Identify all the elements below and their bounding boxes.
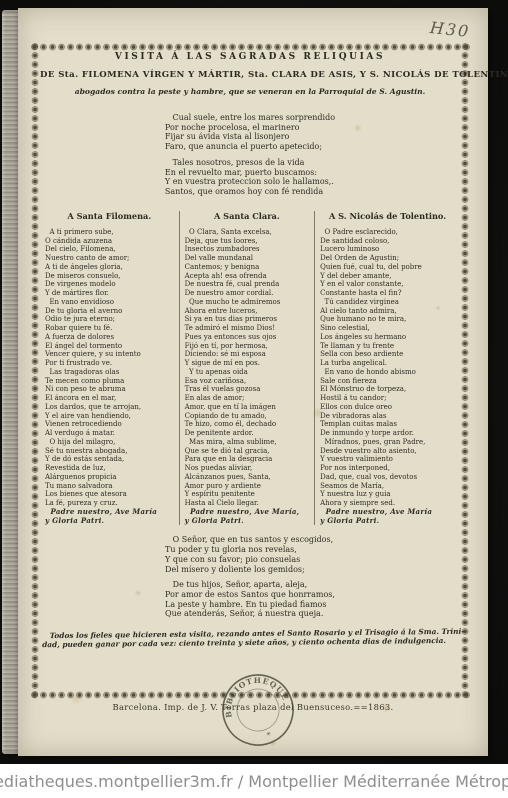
text-line: Mas mira, alma sublime,	[185, 438, 310, 447]
column-heading: A Santa Clara.	[185, 211, 310, 221]
text-line: Del Orden de Agustin;	[320, 254, 455, 263]
text-line: Por nos interponed,	[320, 464, 455, 473]
text-line: Te admiró el mismo Dios!	[185, 324, 310, 333]
column-verse-lines: O Padre esclarecido,De santidad coloso,L…	[320, 228, 455, 508]
text-line: Cual suele, entre los mares sorprendido	[165, 113, 335, 123]
column-santa-filomena: A Santa Filomena. A ti primero sube,O cá…	[40, 211, 179, 526]
text-line: Revestida de luz,	[45, 464, 174, 473]
text-line: En vano envidioso	[45, 298, 174, 307]
text-line: Te mecen como pluma	[45, 377, 174, 386]
text-line: y Gloria Patri.	[185, 517, 310, 526]
watermark-bar: -mediatheques.montpellier3m.fr / Montpel…	[0, 764, 508, 798]
intro-stanza-2: Tales nosotros, presos de la vidaEn el r…	[165, 158, 335, 197]
text-line: En alas de amor;	[185, 394, 310, 403]
text-line: Sale con fiereza	[320, 377, 455, 386]
text-line: Desde vuestro alto asiento,	[320, 447, 455, 456]
text-line: El áncora en el mar,	[45, 394, 174, 403]
printed-content: VISITA Á LAS SAGRADAS RELIQUIAS DE Sta. …	[40, 52, 460, 647]
text-line: Constante hasta el fin?	[320, 289, 455, 298]
column-heading: A Santa Filomena.	[45, 211, 174, 221]
text-line: Quien fué, cual tu, del pobre	[320, 263, 455, 272]
text-line: Alárguenos propicia	[45, 473, 174, 482]
text-line: Para que en la desgracia	[185, 455, 310, 464]
text-line: Vienen retrocediendo	[45, 420, 174, 429]
text-line: En el revuelto mar, puerto buscamos:	[165, 168, 335, 178]
text-line: Y de mártires flor.	[45, 289, 174, 298]
text-line: De vibradoras alas	[320, 412, 455, 421]
stamp-star-icon: *	[266, 730, 273, 740]
indulgence-note: Todos los fieles que hicieren esta visit…	[42, 627, 458, 649]
text-line: Sella con beso ardiente	[320, 350, 455, 359]
text-line: y Gloria Patri.	[320, 517, 455, 526]
text-line: Acepta ah! esa ofrenda	[185, 272, 310, 281]
watermark-text: -mediatheques.montpellier3m.fr / Montpel…	[0, 772, 508, 791]
text-line: Ahora entre luceros,	[185, 307, 310, 316]
text-line: Alcánzanos pues, Santa,	[185, 473, 310, 482]
text-line: Amor, que en tí la imágen	[185, 403, 310, 412]
text-line: La turba angelical.	[320, 359, 455, 368]
text-line: Deja, que tus loores,	[185, 237, 310, 246]
text-line: Y nuestra luz y guia	[320, 490, 455, 499]
text-line: Del cielo, Filomena,	[45, 245, 174, 254]
text-line: Esa voz cariñosa,	[185, 377, 310, 386]
text-line: Por amor de estos Santos que honrramos,	[165, 590, 335, 600]
text-line: O Padre esclarecido,	[320, 228, 455, 237]
text-line: A fuerza de dolores	[45, 333, 174, 342]
text-line: De virgenes modelo	[45, 280, 174, 289]
text-line: Nos puedas aliviar,	[185, 464, 310, 473]
text-line: O Clara, Santa excelsa,	[185, 228, 310, 237]
text-line: O hija del milagro,	[45, 438, 174, 447]
text-line: Y tu apenas oida	[185, 368, 310, 377]
text-line: Y en vuestra proteccion solo le hallamos…	[165, 177, 335, 187]
text-line: De inmundo y torpe ardor.	[320, 429, 455, 438]
text-line: Ellos con dulce oreo	[320, 403, 455, 412]
text-line: Y vuestro valimiento	[320, 455, 455, 464]
text-line: Robar quiere tu fé.	[45, 324, 174, 333]
text-line: Y de dó estás sentada,	[45, 455, 174, 464]
text-line: De tu gloria el averno	[45, 307, 174, 316]
text-line: Sé tu nuestra abogada,	[45, 447, 174, 456]
text-line: Ni con peso te abruma	[45, 385, 174, 394]
text-line: Nuestro canto de amor;	[45, 254, 174, 263]
text-line: Faro, que anuncia el puerto apetecido;	[165, 142, 335, 152]
text-line: Dad, que, cual vos, devotos	[320, 473, 455, 482]
text-line: Vencer quiere, y su intento	[45, 350, 174, 359]
document-page: H30 VISITA Á LAS SAGRADAS RELIQUIAS DE S…	[18, 8, 488, 756]
text-line: y Gloria Patri.	[45, 517, 174, 526]
page-title: VISITA Á LAS SAGRADAS RELIQUIAS	[40, 52, 460, 62]
text-line: La peste y hambre. En tu piedad fiamos	[165, 600, 335, 610]
text-line: Y del deber amante,	[320, 272, 455, 281]
text-line: Y que con su favor; pio consuelas	[165, 555, 335, 565]
ornament-border-top	[30, 42, 470, 52]
intro-stanzas: Cual suele, entre los mares sorprendidoP…	[165, 107, 335, 197]
column-santa-clara: A Santa Clara. O Clara, Santa excelsa,De…	[179, 211, 316, 526]
text-line: O Señor, que en tus santos y escogidos,	[165, 535, 335, 545]
text-line: Te llaman y tu frente	[320, 342, 455, 351]
text-line: Seamos de María,	[320, 482, 455, 491]
text-line: Del mísero y doliente los gemidos;	[165, 565, 335, 575]
text-line: El Mónstruo de torpeza,	[320, 385, 455, 394]
text-line: Tu mano salvadora	[45, 482, 174, 491]
text-line: Los dardos, que te arrojan,	[45, 403, 174, 412]
text-line: Amor puro y ardiente	[185, 482, 310, 491]
text-line: Tras él vuelas gozosa	[185, 385, 310, 394]
text-line: Al verdugo á matar.	[45, 429, 174, 438]
text-line: A ti de ángeles gloria,	[45, 263, 174, 272]
text-line: Míradnos, pues, gran Padre,	[320, 438, 455, 447]
text-line: Que se te dió tal gracia,	[185, 447, 310, 456]
text-line: Al cielo tanto admira,	[320, 307, 455, 316]
text-line: Tú candidez virginea	[320, 298, 455, 307]
column-prayer-lines: Padre nuestro, Ave María,y Gloria Patri.	[185, 508, 310, 526]
ornament-border-right	[460, 42, 470, 700]
text-line: Sino celestial,	[320, 324, 455, 333]
text-line: Y en el valor constante,	[320, 280, 455, 289]
text-line: Por noche procelosa, el marinero	[165, 123, 335, 133]
text-line: Pues ya entonces sus ojos	[185, 333, 310, 342]
text-line: Y espíritu penitente	[185, 490, 310, 499]
text-line: Cantemos; y benigna	[185, 263, 310, 272]
column-heading: A S. Nicolás de Tolentino.	[320, 211, 455, 221]
text-line: Tu poder y tu gloria nos revelas,	[165, 545, 335, 555]
text-line: Y el aire van hendiendo,	[45, 412, 174, 421]
text-line: Lucero luminoso	[320, 245, 455, 254]
text-line: Te hizo, como él, dechado	[185, 420, 310, 429]
intro-stanza-1: Cual suele, entre los mares sorprendidoP…	[165, 113, 335, 152]
text-line: A ti primero sube,	[45, 228, 174, 237]
text-line: De miseros consuelo,	[45, 272, 174, 281]
text-line: O cándida azuzena	[45, 237, 174, 246]
text-line: Que atenderás, Señor, á nuestra queja.	[165, 609, 335, 619]
text-line: Diciendo: sé mi esposa	[185, 350, 310, 359]
poem-columns: A Santa Filomena. A ti primero sube,O cá…	[40, 211, 460, 526]
text-line: Copiando de tu amado,	[185, 412, 310, 421]
text-line: El ángel del tormento	[45, 342, 174, 351]
text-line: Tales nosotros, presos de la vida	[165, 158, 335, 168]
text-line: Insectos zumbadores	[185, 245, 310, 254]
text-line: Fijar su ávida vista al lisonjero	[165, 132, 335, 142]
text-line: De tus hijos, Señor, aparta, aleja,	[165, 580, 335, 590]
text-line: Los bienes que atesora	[45, 490, 174, 499]
text-line: Y sigue de mí en pos.	[185, 359, 310, 368]
text-line: Que humano no te mira,	[320, 315, 455, 324]
text-line: De nuestra fé, cual prenda	[185, 280, 310, 289]
closing-stanza-1: O Señor, que en tus santos y escogidos,T…	[165, 535, 335, 574]
column-prayer-lines: Padre nuestro, Ave Maríay Gloria Patri.	[320, 508, 455, 526]
text-line: Templan cuitas malas	[320, 420, 455, 429]
text-line: De penitente ardor.	[185, 429, 310, 438]
text-line: Fijó en tí, por hermosa,	[185, 342, 310, 351]
scan-dark-background: H30 VISITA Á LAS SAGRADAS RELIQUIAS DE S…	[0, 0, 508, 764]
ornament-border-left	[30, 42, 40, 700]
text-line: Los ángeles su hermano	[320, 333, 455, 342]
text-line: Odio te jura eterno;	[45, 315, 174, 324]
text-line: Si ya en tus dias primeros	[185, 315, 310, 324]
text-line: En vano de hondo abismo	[320, 368, 455, 377]
text-line: Santos, que oramos hoy con fé rendida	[165, 187, 335, 197]
text-line: De santidad coloso,	[320, 237, 455, 246]
text-line: Hostil á tu candor;	[320, 394, 455, 403]
page-subtitle: DE Sta. FILOMENA VÍRGEN Y MÁRTIR, Sta. C…	[40, 70, 460, 80]
text-line: Que mucho te admiremos	[185, 298, 310, 307]
closing-stanza-2: De tus hijos, Señor, aparta, aleja,Por a…	[165, 580, 335, 619]
column-prayer-lines: Padre nuestro, Ave Maríay Gloria Patri.	[45, 508, 174, 526]
column-san-nicolas: A S. Nicolás de Tolentino. O Padre escla…	[315, 211, 460, 526]
text-line: De nuestro amor cordial.	[185, 289, 310, 298]
text-line: Por ti frustrado ve.	[45, 359, 174, 368]
column-verse-lines: A ti primero sube,O cándida azuzenaDel c…	[45, 228, 174, 508]
column-verse-lines: O Clara, Santa excelsa,Deja, que tus loo…	[185, 228, 310, 508]
text-line: Las tragadoras olas	[45, 368, 174, 377]
dedication-line: abogados contra la peste y hambre, que s…	[40, 87, 460, 96]
text-line: Del valle mundanal	[185, 254, 310, 263]
closing-stanzas: O Señor, que en tus santos y escogidos,T…	[165, 529, 335, 619]
handwritten-shelfmark: H30	[429, 18, 471, 41]
